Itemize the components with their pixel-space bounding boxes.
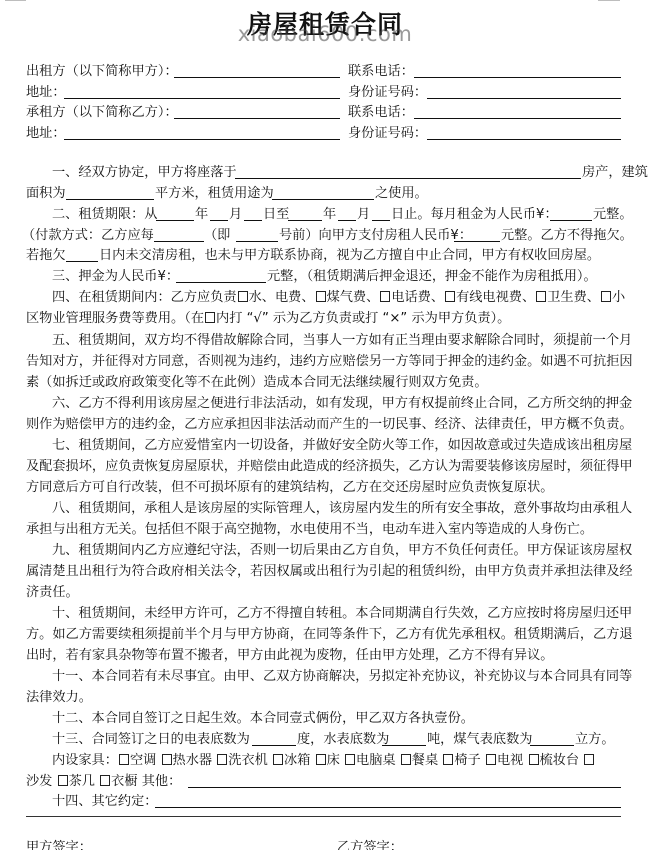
checkbox-sanitation[interactable]: [536, 291, 546, 302]
checkbox-legend-icon: [205, 312, 215, 323]
overdue-days-field[interactable]: [66, 261, 98, 262]
furniture-item: 椅子: [454, 753, 480, 768]
checkbox-dining-table[interactable]: [401, 754, 411, 765]
gas-meter-field[interactable]: [530, 745, 574, 746]
clause-7-text: 方同意后方可自行改装，但不可损坏原有的建筑结构，乙方在交还房屋时应负责恢复原状。: [26, 478, 554, 498]
clause-2-text-c: 月: [229, 205, 242, 225]
clause-1-text-b: 房产，建筑: [582, 163, 648, 183]
clause-4-line-2: 区物业管理服务费等费用。（在内打 “√” 示为乙方负责或打 “×” 示为甲方负责…: [26, 309, 621, 329]
clause-4-item-2: 电话费、: [391, 290, 444, 305]
clause-10-line-1: 十、租赁期间，未经甲方许可，乙方不得擅自转租。本合同期满自行失效，乙方应按时将房…: [26, 604, 621, 624]
clause-11-line-1: 十一、本合同若有未尽事宜。由甲、乙双方协商解决，另拟定补充协议，补充协议与本合同…: [26, 667, 621, 687]
lessee-signature-label: 乙方签字：: [337, 838, 403, 850]
clause-2-line-3: 若拖欠 日内未交清房租，也未与甲方联系协商，视为乙方擅自中止合同，甲方有权收回房…: [26, 246, 621, 266]
clause-4-line-1-content: 四、在租赁期间内：乙方应负责水、电费、煤气费、电话费、有线电视费、卫生费、小: [52, 288, 625, 308]
clause-9-text: 九、租赁期间内乙方应遵纪守法，否则一切后果由乙方自负，甲方不负任何责任。甲方保证…: [52, 541, 632, 561]
clause-4-item-3: 有线电视费、: [456, 290, 535, 305]
clause-6-text: 则作为赔偿甲方的违约金，乙方应承担因非法活动而产生的一切民事、经济、法律责任，甲…: [26, 415, 633, 435]
clause-12-line: 十二、本合同自签订之日起生效。本合同壹式俩份，甲乙双方各执壹份。: [26, 709, 621, 729]
checkbox-telephone[interactable]: [380, 291, 390, 302]
clause-1-text-d: 平方米，租赁用途为: [155, 184, 274, 204]
lessee-address-label: 地址：: [26, 124, 66, 144]
clause-4-item-4: 卫生费、: [547, 290, 600, 305]
clause-10-line-2: 方。如乙方需要续租须提前半个月与甲方协商，在同等条件下，乙方有优先承租权。租赁期…: [26, 625, 621, 645]
end-year-field[interactable]: [288, 220, 322, 221]
clause-2-text-d: 日至: [263, 205, 289, 225]
clause-6-text: 六、乙方不得利用该房屋之便进行非法活动，如有发现，甲方有权提前终止合同，乙方所交…: [52, 394, 632, 414]
clause-9-text: 属清楚且出租行为符合政府相关法令，若因权属或出租行为引起的租赁纠纷，由甲方负责并…: [26, 562, 633, 582]
checkbox-cable-tv[interactable]: [445, 291, 455, 302]
clause-11-line-2: 法律效力。: [26, 688, 621, 708]
clause-13-text-c: 吨，煤气表底数为: [427, 730, 533, 750]
lessee-id-label: 身份证号码：: [348, 124, 427, 144]
clause-1-text-a: 一、经双方协定，甲方将座落于: [52, 163, 237, 183]
clause-9-line-1: 九、租赁期间内乙方应遵纪守法，否则一切后果由乙方自负，甲方不负任何责任。甲方保证…: [26, 541, 621, 561]
clause-10-text: 十、租赁期间，未经甲方许可，乙方不得擅自转租。本合同期满自行失效，乙方应按时将房…: [52, 604, 632, 624]
furniture-line-2-content: 沙发 茶几 衣橱 其他：: [26, 772, 181, 792]
clause-5-line-3: 素（如拆迁或政府政策变化等不在此例）造成本合同无法继续履行则双方免责。: [26, 373, 621, 393]
checkbox-bed[interactable]: [316, 754, 326, 765]
clause-4-line-2-content: 区物业管理服务费等费用。（在内打 “√” 示为乙方负责或打 “×” 示为甲方负责…: [26, 309, 510, 329]
checkbox-property-management[interactable]: [601, 291, 611, 302]
clause-2-text-j: （即: [204, 226, 230, 246]
clause-8-text: 承担与出租方无关。包括但不限于高空抛物，水电使用不当，电动车进入室内等造成的人身…: [26, 520, 593, 540]
clause-6-line-1: 六、乙方不得利用该房屋之便进行非法活动，如有发现，甲方有权提前终止合同，乙方所交…: [26, 394, 621, 414]
checkbox-wardrobe[interactable]: [100, 775, 110, 786]
clause-2-text-a: 二、租赁期限：从: [52, 205, 158, 225]
clause-4-item-5: 小: [612, 290, 625, 305]
checkbox-sofa[interactable]: [584, 754, 594, 765]
lessee-address-field[interactable]: [64, 139, 340, 140]
lessee-id-field[interactable]: [427, 139, 621, 140]
clause-10-line-3: 出时，若有家具杂物等布置不搬者，甲方由此视为废物，任由甲方处理，乙方不得有异议。: [26, 646, 621, 666]
clause-1-text-e: 之使用。: [375, 184, 428, 204]
clause-4-item-0: 水、电费、: [249, 290, 315, 305]
clause-4-line-1: 四、在租赁期间内：乙方应负责水、电费、煤气费、电话费、有线电视费、卫生费、小: [26, 288, 621, 308]
furniture-item: 热水器: [173, 753, 213, 768]
furniture-item: 餐桌: [412, 753, 438, 768]
lessee-name-field[interactable]: [174, 118, 340, 119]
clause-1-line-1: 一、经双方协定，甲方将座落于 房产，建筑: [26, 163, 621, 183]
clause-2-text-i: （付款方式：乙方应每: [22, 226, 154, 246]
checkbox-washing-machine[interactable]: [217, 754, 227, 765]
usage-field[interactable]: [272, 199, 374, 200]
clause-1-text-c: 面积为: [26, 184, 66, 204]
furniture-item: 电视: [497, 753, 523, 768]
payment-day-field[interactable]: [236, 241, 278, 242]
clause-2-text-m: 若拖欠: [26, 246, 66, 266]
checkbox-water-electricity[interactable]: [238, 291, 248, 302]
furniture-item-sofa: 沙发: [26, 774, 52, 789]
signature-row: 甲方签字： 乙方签字：: [26, 838, 621, 850]
clause-5-text: 五、租赁期间，双方均不得借故解除合同，当事人一方如有正当理由要求解除合同时，须提…: [52, 331, 632, 351]
lessor-phone-field[interactable]: [414, 77, 621, 78]
clause-14-extra-line: [26, 801, 621, 821]
clause-8-line-2: 承担与出租方无关。包括但不限于高空抛物，水电使用不当，电动车进入室内等造成的人身…: [26, 520, 621, 540]
furniture-item: 空调: [130, 753, 156, 768]
furniture-item: 床: [327, 753, 340, 768]
end-month-field[interactable]: [338, 220, 356, 221]
clause-9-text: 济责任。: [26, 583, 79, 603]
clause-7-line-1: 七、租赁期间，乙方应爱惜室内一切设备，并做好安全防火等工作，如因故意或过失造成该…: [26, 436, 621, 456]
clause-2-line-1: 二、租赁期限：从 年 月 日至 年 月 日止。每月租金为人民币¥： 元整。: [26, 205, 621, 225]
lessee-phone-label: 联系电话：: [348, 103, 414, 123]
clause-4-item-1: 煤气费、: [327, 290, 380, 305]
clause-2-text-f: 月: [357, 205, 370, 225]
other-agreements-field-2[interactable]: [26, 816, 621, 817]
checkbox-gas[interactable]: [316, 291, 326, 302]
clause-4-line2-b: 内打 “√” 示为乙方负责或打 “×” 示为甲方负责）。: [216, 311, 510, 326]
clause-8-line-1: 八、租赁期间，承租人是该房屋的实际管理人，该房屋内发生的所有安全事故，意外事故均…: [26, 499, 621, 519]
furniture-item: 冰箱: [284, 753, 310, 768]
clause-4-line2-a: 区物业管理服务费等费用。（在: [26, 311, 204, 326]
clause-8-text: 八、租赁期间，承租人是该房屋的实际管理人，该房屋内发生的所有安全事故，意外事故均…: [52, 499, 632, 519]
clause-11-text: 十一、本合同若有未尽事宜。由甲、乙双方协商解决，另拟定补充协议，补充协议与本合同…: [52, 667, 632, 687]
furniture-other-label: 其他：: [142, 774, 182, 789]
start-month-field[interactable]: [210, 220, 228, 221]
clause-2-text-e: 年: [323, 205, 336, 225]
clause-7-text: 七、租赁期间，乙方应爱惜室内一切设备，并做好安全防火等工作，如因故意或过失造成该…: [52, 436, 632, 456]
clause-9-line-2: 属清楚且出租行为符合政府相关法令，若因权属或出租行为引起的租赁纠纷，由甲方负责并…: [26, 562, 621, 582]
furniture-item: 梳妆台: [540, 753, 580, 768]
clause-2-text-g: 日止。每月租金为人民币¥：: [391, 205, 558, 225]
clause-6-line-2: 则作为赔偿甲方的违约金，乙方应承担因非法活动而产生的一切民事、经济、法律责任，甲…: [26, 415, 621, 435]
clause-12-text: 十二、本合同自签订之日起生效。本合同壹式俩份，甲乙双方各执壹份。: [52, 709, 474, 729]
property-location-field[interactable]: [235, 178, 581, 179]
clause-13-text-b: 度，水表底数为: [297, 730, 389, 750]
monthly-rent-field[interactable]: [550, 220, 592, 221]
checkbox-computer-desk[interactable]: [345, 754, 355, 765]
checkbox-air-conditioner[interactable]: [119, 754, 129, 765]
checkbox-tea-table[interactable]: [58, 775, 68, 786]
deposit-field[interactable]: [176, 282, 266, 283]
page-corner-mark-right: [598, 0, 620, 1]
checkbox-water-heater[interactable]: [162, 754, 172, 765]
lessor-label: 出租方（以下简称甲方）：: [26, 62, 178, 82]
lessee-row: 承租方（以下简称乙方）： 联系电话：: [26, 103, 621, 123]
clause-2-text-n: 日内未交清房租，也未与甲方联系协商，视为乙方擅自中止合同，甲方有权收回房屋。: [99, 246, 600, 266]
lessor-address-row: 地址： 身份证号码：: [26, 83, 621, 103]
checkbox-television[interactable]: [486, 754, 496, 765]
lessee-address-row: 地址： 身份证号码：: [26, 124, 621, 144]
clause-1-line-2: 面积为 平方米，租赁用途为 之使用。: [26, 184, 621, 204]
furniture-item: 洗衣机: [228, 753, 268, 768]
clause-2-text-b: 年: [195, 205, 208, 225]
watermark: xiaobai600.com: [0, 22, 650, 46]
clause-5-text: 素（如拆迁或政府政策变化等不在此例）造成本合同无法继续履行则双方免责。: [26, 373, 488, 393]
furniture-line-2: 沙发 茶几 衣橱 其他：: [26, 772, 621, 792]
payment-period-field[interactable]: [154, 241, 204, 242]
furniture-label: 内设家具：: [52, 753, 118, 768]
lessee-phone-field[interactable]: [414, 118, 621, 119]
clause-5-line-1: 五、租赁期间，双方均不得借故解除合同，当事人一方如有正当理由要求解除合同时，须提…: [26, 331, 621, 351]
clause-11-text: 法律效力。: [26, 688, 92, 708]
lessor-address-label: 地址：: [26, 83, 66, 103]
checkbox-chair[interactable]: [443, 754, 453, 765]
start-year-field[interactable]: [156, 220, 194, 221]
clause-3-text-a: 三、押金为人民币¥：: [52, 267, 179, 287]
clause-10-text: 方。如乙方需要续租须提前半个月与甲方协商，在同等条件下，乙方有优先承租权。租赁期…: [26, 625, 633, 645]
area-field[interactable]: [66, 199, 154, 200]
furniture-item: 茶几: [69, 774, 95, 789]
clause-2-text-l: 元整。乙方不得拖欠。: [501, 226, 633, 246]
clause-7-line-2: 及配套损坏，应负责恢复房屋原状，并赔偿由此造成的经济损失，乙方认为需要装修该房屋…: [26, 457, 621, 477]
lessor-id-label: 身份证号码：: [348, 83, 427, 103]
clause-4-text-a: 四、在租赁期间内：乙方应负责: [52, 290, 237, 305]
clause-10-text: 出时，若有家具杂物等布置不搬者，甲方由此视为废物，任由甲方处理，乙方不得有异议。: [26, 646, 554, 666]
clause-3-text-b: 元整，（租赁期满后押金退还，押金不能作为房租抵用）。: [267, 267, 597, 287]
lessor-phone-label: 联系电话：: [348, 62, 414, 82]
clause-13-text-d: 立方。: [575, 730, 615, 750]
clause-2-line-2: （付款方式：乙方应每 （即 号前）向甲方支付房租人民币¥： 元整。乙方不得拖欠。: [26, 226, 621, 246]
clause-7-text: 及配套损坏，应负责恢复房屋原状，并赔偿由此造成的经济损失，乙方认为需要装修该房屋…: [26, 457, 633, 477]
clause-9-line-3: 济责任。: [26, 583, 621, 603]
furniture-item: 衣橱: [111, 774, 137, 789]
start-day-field[interactable]: [244, 220, 262, 221]
clause-5-line-2: 告知对方，并征得对方同意，否则视为违约，违约方应赔偿另一方等同于押金的违约金。如…: [26, 352, 621, 372]
page-corner-mark-left: [5, 0, 26, 1]
checkbox-dresser[interactable]: [529, 754, 539, 765]
clause-2-text-k: 号前）向甲方支付房租人民币¥：: [279, 226, 472, 246]
clause-2-text-h: 元整。: [593, 205, 633, 225]
furniture-item: 电脑桌: [356, 753, 396, 768]
furniture-line-1: 内设家具：空调 热水器 洗衣机 冰箱 床 电脑桌 餐桌 椅子 电视 梳妆台: [26, 751, 621, 771]
lessor-id-field[interactable]: [427, 98, 621, 99]
lessor-name-field[interactable]: [174, 77, 340, 78]
lessor-address-field[interactable]: [64, 98, 340, 99]
lessor-row: 出租方（以下简称甲方）： 联系电话：: [26, 62, 621, 82]
payment-amount-field[interactable]: [454, 241, 500, 242]
lessor-signature-label: 甲方签字：: [26, 838, 92, 850]
clause-13-text-a: 十三、合同签订之日的电表底数为: [52, 730, 250, 750]
furniture-other-field[interactable]: [188, 787, 621, 788]
lessee-label: 承租方（以下简称乙方）：: [26, 103, 178, 123]
clause-5-text: 告知对方，并征得对方同意，否则视为违约，违约方应赔偿另一方等同于押金的违约金。如…: [26, 352, 633, 372]
electricity-meter-field[interactable]: [252, 745, 296, 746]
clause-7-line-3: 方同意后方可自行改装，但不可损坏原有的建筑结构，乙方在交还房屋时应负责恢复原状。: [26, 478, 621, 498]
furniture-line-1-content: 内设家具：空调 热水器 洗衣机 冰箱 床 电脑桌 餐桌 椅子 电视 梳妆台: [52, 751, 595, 771]
clause-3-line: 三、押金为人民币¥： 元整，（租赁期满后押金退还，押金不能作为房租抵用）。: [26, 267, 621, 287]
end-day-field[interactable]: [372, 220, 390, 221]
water-meter-field[interactable]: [382, 745, 426, 746]
checkbox-refrigerator[interactable]: [273, 754, 283, 765]
clause-13-line: 十三、合同签订之日的电表底数为 度，水表底数为 吨，煤气表底数为 立方。: [26, 730, 621, 750]
